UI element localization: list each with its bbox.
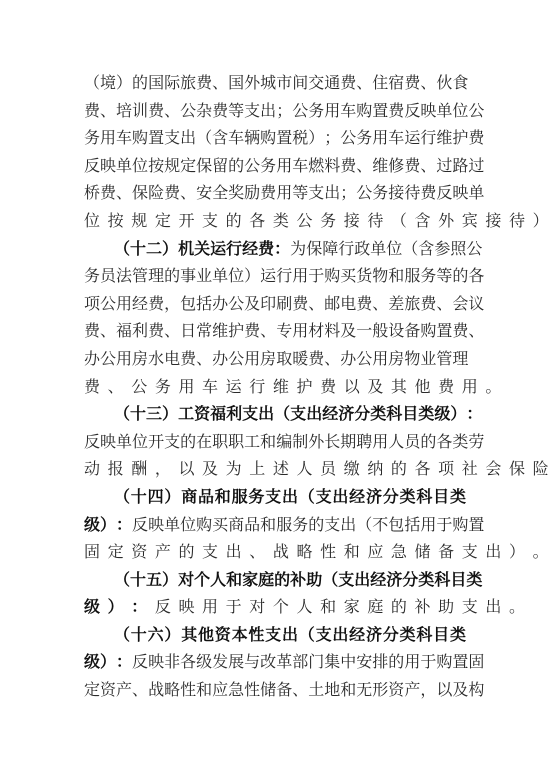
body-char: 车 xyxy=(202,373,226,401)
body-char: 理 xyxy=(148,262,164,290)
body-char: 劳 xyxy=(468,428,484,456)
body-char: 庭 xyxy=(367,593,391,621)
heading-char: （ xyxy=(322,566,338,594)
heading-char: 的 xyxy=(274,566,290,594)
body-char: 支 xyxy=(462,593,486,621)
body-char: 以 xyxy=(344,373,368,401)
body-char: 储 xyxy=(260,676,276,704)
body-char: 对 xyxy=(249,593,273,621)
body-char: 员 xyxy=(404,428,420,456)
body-char: 反 xyxy=(84,152,100,180)
body-char: 公 xyxy=(466,235,482,263)
body-char: 反 xyxy=(436,179,452,207)
heading-char: 支 xyxy=(265,483,281,511)
heading-char: 经 xyxy=(370,566,386,594)
body-char: 费 xyxy=(420,290,436,318)
heading-char: 出 xyxy=(282,483,298,511)
body-char: 含 xyxy=(415,207,439,235)
body-char: 税 xyxy=(292,124,308,152)
body-char: 期 xyxy=(340,428,356,456)
heading-char: 行 xyxy=(226,235,242,263)
body-char: 单 xyxy=(116,152,132,180)
body-char: 费 xyxy=(84,97,100,125)
body-char: 略 xyxy=(296,538,320,566)
body-char: 用 xyxy=(292,317,308,345)
body-char: 燃 xyxy=(308,152,324,180)
body-char: 务 xyxy=(292,511,308,539)
heading-char: 十 xyxy=(131,483,147,511)
body-char: 支 xyxy=(462,538,486,566)
body-char: 辆 xyxy=(244,124,260,152)
body-char: 、 xyxy=(100,317,116,345)
body-char: 及 xyxy=(202,455,226,483)
text-line: 固定资产的支出、战略性和应急储备支出）。 xyxy=(84,538,466,566)
body-char: 产 xyxy=(404,676,420,704)
body-char: 制 xyxy=(292,428,308,456)
body-char: 、 xyxy=(196,345,212,373)
body-char: 的 xyxy=(452,262,468,290)
body-char: 单 xyxy=(370,235,386,263)
heading-char: 分 xyxy=(383,483,399,511)
body-char: 备 xyxy=(276,676,292,704)
body-char: 产 xyxy=(155,538,179,566)
body-char: 出 xyxy=(260,97,276,125)
body-char: 国 xyxy=(148,69,164,97)
body-char: 服 xyxy=(276,511,292,539)
body-char: 宿 xyxy=(388,69,404,97)
text-line: 务用车购置支出（含车辆购置税）；公务用车运行维护费 xyxy=(84,124,466,152)
body-char: 电 xyxy=(340,290,356,318)
heading-char: 目 xyxy=(433,621,449,649)
body-char: 于 xyxy=(308,262,324,290)
heading-char: ） xyxy=(162,235,178,263)
body-char: 位 xyxy=(228,262,244,290)
body-char: 办 xyxy=(212,290,228,318)
body-char: 用 xyxy=(372,124,388,152)
heading-char: 个 xyxy=(194,566,210,594)
body-char: 战 xyxy=(148,676,164,704)
body-char: 公 xyxy=(100,345,116,373)
body-char: ， xyxy=(155,455,179,483)
heading-char: 类 xyxy=(450,621,466,649)
body-char: 的 xyxy=(180,428,196,456)
body-char: 出 xyxy=(226,538,250,566)
body-char: （ xyxy=(391,207,415,235)
body-char: 公 xyxy=(228,345,244,373)
body-char: 用 xyxy=(244,345,260,373)
heading-char: 出 xyxy=(332,483,348,511)
body-char: 括 xyxy=(404,511,420,539)
body-char: 、 xyxy=(108,373,132,401)
body-char: 待 xyxy=(509,207,533,235)
body-char: 排 xyxy=(372,648,388,676)
body-char: 保 xyxy=(196,152,212,180)
body-char: ； xyxy=(340,179,356,207)
body-char: 及 xyxy=(340,317,356,345)
text-line: 桥费、保险费、安全奖励费用等支出；公务接待费反映单 xyxy=(84,179,466,207)
body-char: 的 xyxy=(132,69,148,97)
body-char: 出 xyxy=(324,179,340,207)
body-char: 及 xyxy=(244,290,260,318)
body-char: 用 xyxy=(372,428,388,456)
heading-char: 其 xyxy=(181,621,197,649)
body-char: 的 xyxy=(308,511,324,539)
body-char: 经 xyxy=(132,290,148,318)
heading-char: ： xyxy=(116,511,132,539)
heading-char: 工 xyxy=(178,400,194,428)
body-char: 买 xyxy=(340,262,356,290)
body-char: 述 xyxy=(273,455,297,483)
body-char: 不 xyxy=(372,511,388,539)
body-char: 括 xyxy=(196,290,212,318)
body-char: 维 xyxy=(372,152,388,180)
body-char: 购 xyxy=(260,124,276,152)
body-char: 公 xyxy=(228,290,244,318)
body-char: 补 xyxy=(415,593,439,621)
body-char: 商 xyxy=(228,511,244,539)
body-char: 、 xyxy=(116,179,132,207)
body-char: 通 xyxy=(324,69,340,97)
body-char: 构 xyxy=(468,676,484,704)
body-char: 用 xyxy=(420,511,436,539)
body-char: 保 xyxy=(509,455,533,483)
body-char: 的 xyxy=(388,648,404,676)
text-line: 项公用经费，包括办公及印刷费、邮电费、差旅费、会议 xyxy=(84,290,466,318)
body-char: 接 xyxy=(388,179,404,207)
heading-char: ： xyxy=(116,648,132,676)
body-char: ； xyxy=(276,97,292,125)
text-line: 级）：反映用于对个人和家庭的补助支出。 xyxy=(84,593,466,621)
body-char: 。 xyxy=(485,373,509,401)
document-body: （境）的国际旅费、国外城市间交通费、住宿费、伙食费、培训费、公杂费等支出；公务用… xyxy=(84,69,466,704)
body-char: 专 xyxy=(276,317,292,345)
body-char: 购 xyxy=(452,511,468,539)
body-char: 单 xyxy=(212,262,228,290)
body-char: 映 xyxy=(178,593,202,621)
body-char: 支 xyxy=(164,124,180,152)
body-char: 和 xyxy=(260,428,276,456)
body-char: 购 xyxy=(196,511,212,539)
body-char: 费 xyxy=(452,317,468,345)
heading-char: 出 xyxy=(282,621,298,649)
body-char: 水 xyxy=(148,345,164,373)
heading-char: 五 xyxy=(146,566,162,594)
body-char: 员 xyxy=(100,262,116,290)
body-char: 公 xyxy=(356,179,372,207)
body-char: 费 xyxy=(388,97,404,125)
body-char: 定 xyxy=(180,152,196,180)
body-char: 定 xyxy=(108,538,132,566)
body-char: 务 xyxy=(84,262,100,290)
body-char: 奖 xyxy=(228,179,244,207)
body-char: 差 xyxy=(388,290,404,318)
body-char: ； xyxy=(324,124,340,152)
body-char: 费 xyxy=(84,373,108,401)
body-char: 购 xyxy=(356,97,372,125)
body-char: 待 xyxy=(367,207,391,235)
body-char: 利 xyxy=(132,317,148,345)
document-page: （境）的国际旅费、国外城市间交通费、住宿费、伙食费、培训费、公杂费等支出；公务用… xyxy=(0,0,550,777)
heading-char: 十 xyxy=(130,566,146,594)
body-char: 护 xyxy=(452,124,468,152)
heading-char: 分 xyxy=(402,566,418,594)
heading-char: （ xyxy=(114,235,130,263)
body-char: 费 xyxy=(404,152,420,180)
heading-char: 家 xyxy=(242,566,258,594)
body-char: 全 xyxy=(212,179,228,207)
body-char: 行 xyxy=(338,235,354,263)
heading-char: ） xyxy=(100,511,116,539)
heading-char: 支 xyxy=(338,566,354,594)
body-char: 开 xyxy=(148,428,164,456)
body-char: 、 xyxy=(420,152,436,180)
body-char: 反 xyxy=(84,428,100,456)
heading-char: 类 xyxy=(400,621,416,649)
body-char: 集 xyxy=(324,648,340,676)
body-char: 用 xyxy=(178,373,202,401)
heading-char: 经 xyxy=(242,235,258,263)
heading-char: （ xyxy=(299,483,315,511)
body-char: 及 xyxy=(452,676,468,704)
body-char: 公 xyxy=(100,290,116,318)
body-char: 单 xyxy=(116,428,132,456)
body-char: 改 xyxy=(260,648,276,676)
body-char: 物 xyxy=(372,262,388,290)
body-char: 中 xyxy=(340,648,356,676)
body-char: ） xyxy=(509,538,533,566)
body-char: 位 xyxy=(132,428,148,456)
body-char: ） xyxy=(116,69,132,97)
body-char: 等 xyxy=(436,262,452,290)
body-char: 助 xyxy=(438,593,462,621)
body-char: 各 xyxy=(436,428,452,456)
body-char: 管 xyxy=(132,262,148,290)
body-char: 费 xyxy=(468,124,484,152)
text-line: 级）：反映非各级发展与改革部门集中安排的用于购置固 xyxy=(84,648,466,676)
body-char: 费 xyxy=(196,69,212,97)
body-char: 路 xyxy=(452,152,468,180)
body-char: 般 xyxy=(372,317,388,345)
body-char: 购 xyxy=(436,648,452,676)
text-line: （十六）其他资本性支出（支出经济分类科目类 xyxy=(84,621,466,649)
text-line: （境）的国际旅费、国外城市间交通费、住宿费、伙食 xyxy=(84,69,466,97)
body-char: 费 xyxy=(308,345,324,373)
body-char: 公 xyxy=(244,152,260,180)
body-char: 酬 xyxy=(131,455,155,483)
body-char: 宾 xyxy=(462,207,486,235)
heading-char: ： xyxy=(466,400,482,428)
body-char: 各 xyxy=(180,648,196,676)
body-char: 费 xyxy=(340,152,356,180)
body-char: 包 xyxy=(388,511,404,539)
body-char: 设 xyxy=(388,317,404,345)
body-char: 保 xyxy=(132,179,148,207)
body-char: 、 xyxy=(164,317,180,345)
body-char: 、 xyxy=(132,676,148,704)
body-char: 务 xyxy=(308,97,324,125)
body-char: 社 xyxy=(462,455,486,483)
body-char: 用 xyxy=(100,124,116,152)
heading-char: 助 xyxy=(306,566,322,594)
body-char: 费 xyxy=(292,290,308,318)
text-line: 位按规定开支的各类公务接待（含外宾接待）支出。 xyxy=(84,207,466,235)
body-char: 开 xyxy=(178,207,202,235)
body-char: 会 xyxy=(452,290,468,318)
body-char: 置 xyxy=(276,124,292,152)
body-char: 用 xyxy=(276,152,292,180)
body-char: 费 xyxy=(180,345,196,373)
body-char: 单 xyxy=(468,179,484,207)
body-char: 费 xyxy=(420,179,436,207)
heading-char: （ xyxy=(274,400,290,428)
body-char: 支 xyxy=(244,97,260,125)
body-char: 用 xyxy=(116,290,132,318)
heading-char: 科 xyxy=(386,400,402,428)
body-char: 用 xyxy=(324,97,340,125)
body-char: 支 xyxy=(202,207,226,235)
body-char: 业 xyxy=(196,262,212,290)
body-char: 动 xyxy=(84,455,108,483)
text-line: 务员法管理的事业单位）运行用于购买货物和服务等的各 xyxy=(84,262,466,290)
body-char: 暖 xyxy=(292,345,308,373)
body-char: 费 xyxy=(356,290,372,318)
body-char: 、 xyxy=(260,317,276,345)
body-char: 各 xyxy=(415,455,439,483)
body-char: 车 xyxy=(340,97,356,125)
text-line: 费、福利费、日常维护费、专用材料及一般设备购置费、 xyxy=(84,317,466,345)
body-char: 革 xyxy=(276,648,292,676)
body-char: 、 xyxy=(292,676,308,704)
body-char: 公 xyxy=(356,345,372,373)
body-char: 缴 xyxy=(344,455,368,483)
body-char: 含 xyxy=(212,124,228,152)
body-char: 电 xyxy=(164,345,180,373)
body-char: 务 xyxy=(155,373,179,401)
body-char: 刷 xyxy=(276,290,292,318)
body-char: 城 xyxy=(260,69,276,97)
body-char: 项 xyxy=(84,290,100,318)
body-char: 员 xyxy=(320,455,344,483)
body-char: 规 xyxy=(131,207,155,235)
body-char: 报 xyxy=(108,455,132,483)
heading-char: 目 xyxy=(433,483,449,511)
text-line: （十四）商品和服务支出（支出经济分类科目类 xyxy=(84,483,466,511)
body-char: 包 xyxy=(180,290,196,318)
body-char: 于 xyxy=(436,511,452,539)
heading-char: 类 xyxy=(418,400,434,428)
heading-char: 类 xyxy=(450,483,466,511)
body-char: ） xyxy=(244,262,260,290)
body-char: 支 xyxy=(324,511,340,539)
body-char: 纳 xyxy=(367,455,391,483)
body-char: 购 xyxy=(420,317,436,345)
paragraph-p-13-wages-welfare: （十三）工资福利支出（支出经济分类科目类级）：反映单位开支的在职职工和编制外长期… xyxy=(84,400,466,483)
body-char: 杂 xyxy=(196,97,212,125)
body-char: 常 xyxy=(196,317,212,345)
heading-char: 机 xyxy=(178,235,194,263)
body-char: 运 xyxy=(226,373,250,401)
heading-char: 经 xyxy=(322,400,338,428)
body-char: 行 xyxy=(420,124,436,152)
body-char: 支 xyxy=(308,179,324,207)
body-char: 反 xyxy=(155,593,179,621)
heading-char: 出 xyxy=(306,400,322,428)
body-char: 费 xyxy=(404,69,420,97)
body-char: 储 xyxy=(415,538,439,566)
body-char: 、 xyxy=(436,290,452,318)
heading-char: 济 xyxy=(366,483,382,511)
body-char: 车 xyxy=(388,124,404,152)
body-char: 等 xyxy=(292,179,308,207)
body-char: 资 xyxy=(131,538,155,566)
body-char: 人 xyxy=(296,455,320,483)
heading-char: 级 xyxy=(84,648,100,676)
body-char: 备 xyxy=(404,317,420,345)
body-char: 出 xyxy=(180,124,196,152)
body-char: 务 xyxy=(356,124,372,152)
paragraph-p-travel-vehicle-reception: （境）的国际旅费、国外城市间交通费、住宿费、伙食费、培训费、公杂费等支出；公务用… xyxy=(84,69,466,235)
heading-char: 资 xyxy=(215,621,231,649)
heading-char: 性 xyxy=(248,621,264,649)
body-char: 接 xyxy=(485,207,509,235)
body-char: 和 xyxy=(260,511,276,539)
heading-char: 运 xyxy=(210,235,226,263)
body-char: 车 xyxy=(116,124,132,152)
body-char: 、 xyxy=(164,97,180,125)
body-char: 用 xyxy=(404,648,420,676)
body-char: 的 xyxy=(391,455,415,483)
heading-char: 济 xyxy=(338,400,354,428)
body-char: 房 xyxy=(388,345,404,373)
heading-char: 支 xyxy=(316,621,332,649)
body-char: 、 xyxy=(324,345,340,373)
body-char: 、 xyxy=(180,179,196,207)
body-char: 外 xyxy=(244,69,260,97)
body-char: 含 xyxy=(418,235,434,263)
heading-char: 济 xyxy=(386,566,402,594)
body-char: 外 xyxy=(308,428,324,456)
body-char: 护 xyxy=(228,317,244,345)
body-char: 他 xyxy=(415,373,439,401)
body-char: 为 xyxy=(226,455,250,483)
body-char: 伙 xyxy=(436,69,452,97)
body-char: 为 xyxy=(290,235,306,263)
heading-char: 级 xyxy=(84,511,100,539)
body-char: 应 xyxy=(212,676,228,704)
body-char: 人 xyxy=(296,593,320,621)
body-char: 项 xyxy=(438,455,462,483)
body-char: 、 xyxy=(249,538,273,566)
body-char: 物 xyxy=(404,345,420,373)
body-char: 、 xyxy=(356,152,372,180)
body-char: 置 xyxy=(452,648,468,676)
body-char: 旅 xyxy=(180,69,196,97)
body-char: （ xyxy=(356,511,372,539)
body-char: 定 xyxy=(84,676,100,704)
body-char: 桥 xyxy=(84,179,100,207)
body-char: 工 xyxy=(244,428,260,456)
body-char: 、 xyxy=(468,317,484,345)
body-char: 办 xyxy=(340,345,356,373)
heading-char: 对 xyxy=(178,566,194,594)
body-char: 议 xyxy=(468,290,484,318)
body-char: 行 xyxy=(276,262,292,290)
body-char: 个 xyxy=(273,593,297,621)
heading-char: ） xyxy=(108,593,132,621)
heading-char: 人 xyxy=(210,566,226,594)
body-char: 料 xyxy=(324,152,340,180)
body-char: 出 xyxy=(485,538,509,566)
